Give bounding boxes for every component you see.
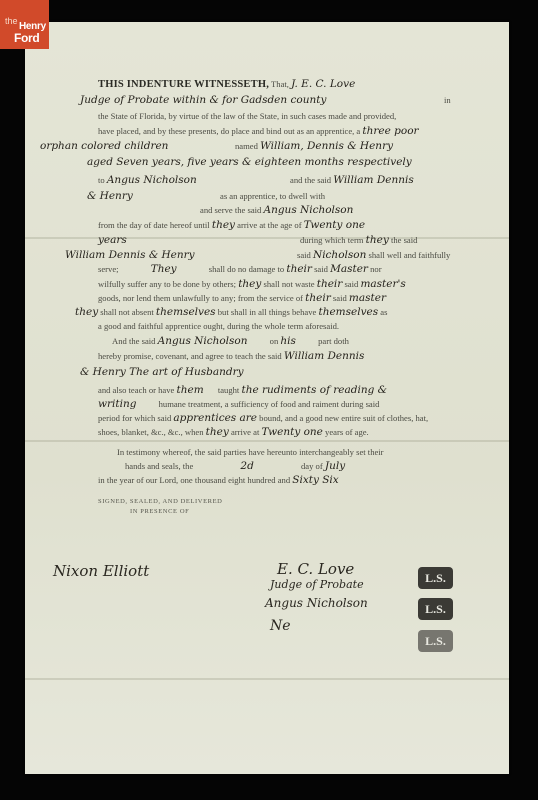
presence-label: IN PRESENCE OF <box>130 506 189 518</box>
logo-ford: Ford <box>14 31 39 45</box>
document-heading: THIS INDENTURE WITNESSETH, <box>98 79 269 90</box>
doc-line: Judge of Probate within & for Gadsden co… <box>80 94 326 106</box>
seal-ls: L.S. <box>418 598 453 620</box>
signature-nicholson: Angus Nicholson <box>265 596 368 610</box>
seal-ls: L.S. <box>418 630 453 652</box>
witness-signature: Nixon Elliott <box>53 562 149 580</box>
paper-fold <box>25 440 509 442</box>
signature-title: Judge of Probate <box>270 578 364 591</box>
seal-ls: L.S. <box>418 567 453 589</box>
paper-fold <box>25 678 509 680</box>
logo-the: the <box>5 16 18 26</box>
doc-line: THIS INDENTURE WITNESSETH, That, J. E. C… <box>98 78 355 91</box>
signature-love: E. C. Love <box>277 560 354 578</box>
henry-ford-logo: the Henry Ford <box>0 0 49 49</box>
indenture-document: THIS INDENTURE WITNESSETH, That, J. E. C… <box>25 22 509 774</box>
signature-mark: Ne <box>270 618 291 634</box>
